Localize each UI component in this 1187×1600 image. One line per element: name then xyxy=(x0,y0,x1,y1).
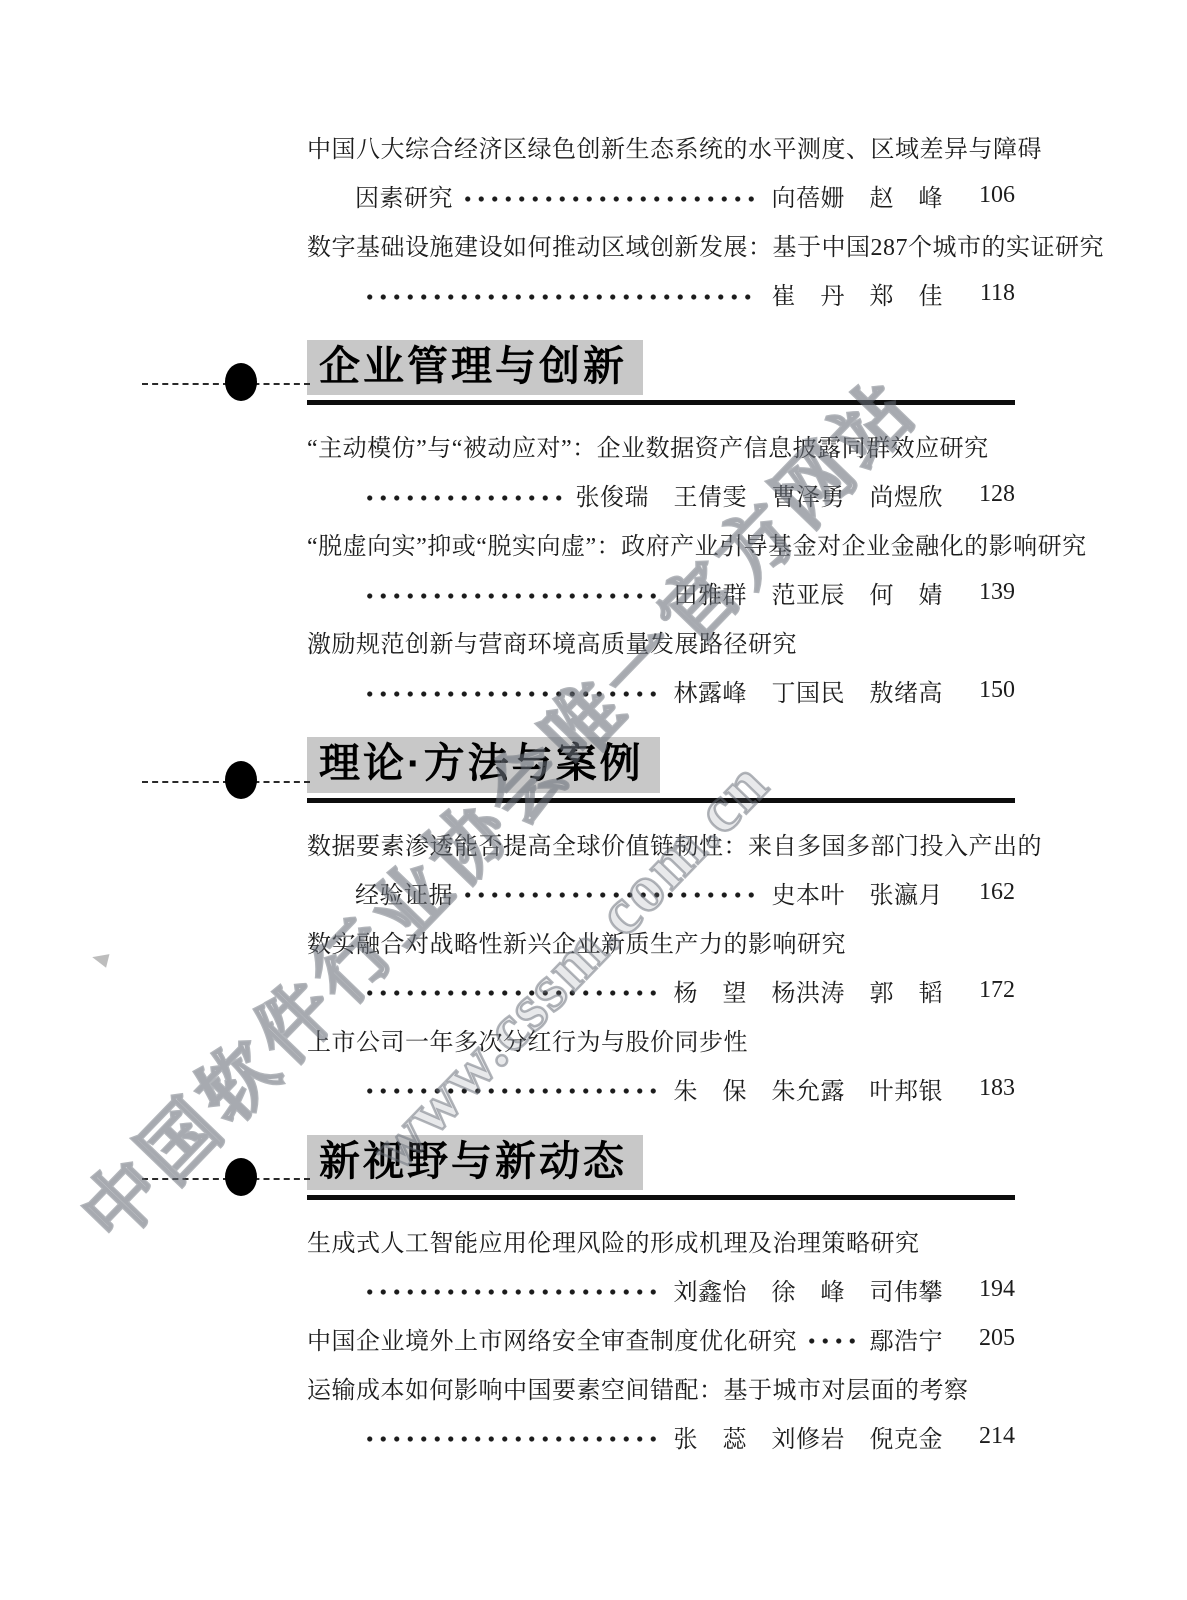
entry-title-continuation: 中国企业境外上市网络安全审查制度优化研究 xyxy=(307,1321,797,1356)
entry-title-row: 激励规范创新与营商环境高质量发展路径研究 xyxy=(307,617,1015,666)
entry-leader-row: 田雅群 范亚辰 何 婧 139 xyxy=(307,568,1015,617)
entry-title-row: 数实融合对战略性新兴企业新质生产力的影响研究 xyxy=(307,917,1015,966)
section-rule xyxy=(307,1195,1015,1200)
toc: 中国八大综合经济区绿色创新生态系统的水平测度、区域差异与障碍 因素研究 向蓓姗 … xyxy=(307,122,1015,1461)
entry-page-number: 214 xyxy=(963,1423,1015,1450)
entry-title-row: 数据要素渗透能否提高全球价值链韧性：来自多国多部门投入产出的 xyxy=(307,819,1015,868)
entry-authors: 张 蕊 刘修岩 倪克金 xyxy=(674,1419,944,1454)
entry-leader-row: 因素研究 向蓓姗 赵 峰 106 xyxy=(307,171,1015,220)
entry-title-continuation: 因素研究 xyxy=(355,178,453,213)
entry-authors: 史本叶 张瀛月 xyxy=(772,875,944,910)
entry-authors: 田雅群 范亚辰 何 婧 xyxy=(674,575,944,610)
leader-dots xyxy=(363,291,758,303)
entry-authors: 朱 保 朱允露 叶邦银 xyxy=(674,1071,944,1106)
entry-authors: 刘鑫怡 徐 峰 司伟攀 xyxy=(674,1272,944,1307)
entry-title: 生成式人工智能应用伦理风险的形成机理及治理策略研究 xyxy=(307,1223,920,1258)
entry-authors: 杨 望 杨洪涛 郭 韬 xyxy=(674,973,944,1008)
entry-title: 上市公司一年多次分红行为与股价同步性 xyxy=(307,1022,748,1057)
toc-page: 中国软件行业协会唯一官方网站 www.cssm.com.cn 中国八大综合经济区… xyxy=(0,0,1187,1600)
entry-authors: 崔 丹 郑 佳 xyxy=(772,276,944,311)
leader-dots xyxy=(805,1335,856,1347)
section-entries: 中国八大综合经济区绿色创新生态系统的水平测度、区域差异与障碍 因素研究 向蓓姗 … xyxy=(307,122,1015,318)
toc-entry: 数实融合对战略性新兴企业新质生产力的影响研究 杨 望 杨洪涛 郭 韬 172 xyxy=(307,917,1015,1015)
entry-title-continuation: 经验证据 xyxy=(355,875,453,910)
entry-authors: 向蓓姗 赵 峰 xyxy=(772,178,944,213)
entry-leader-row: 朱 保 朱允露 叶邦银 183 xyxy=(307,1064,1015,1113)
section-entries: 数据要素渗透能否提高全球价值链韧性：来自多国多部门投入产出的 经验证据 史本叶 … xyxy=(307,819,1015,1113)
entry-page-number: 205 xyxy=(963,1325,1015,1352)
entry-page-number: 194 xyxy=(963,1276,1015,1303)
toc-entry: 数字基础设施建设如何推动区域创新发展：基于中国287个城市的实证研究 崔 丹 郑… xyxy=(307,220,1015,318)
entry-title-row: 上市公司一年多次分红行为与股价同步性 xyxy=(307,1015,1015,1064)
entry-page-number: 172 xyxy=(963,977,1015,1004)
section-header: 理论·方法与案例 xyxy=(307,737,1015,802)
toc-section: 理论·方法与案例 数据要素渗透能否提高全球价值链韧性：来自多国多部门投入产出的 … xyxy=(307,737,1015,1112)
entry-page-number: 139 xyxy=(963,579,1015,606)
toc-entry: “主动模仿”与“被动应对”：企业数据资产信息披露同群效应研究 张俊瑞 王倩雯 曹… xyxy=(307,421,1015,519)
leader-dots xyxy=(363,1085,660,1097)
toc-entry: “脱虚向实”抑或“脱实向虚”：政府产业引导基金对企业金融化的影响研究 田雅群 范… xyxy=(307,519,1015,617)
section-header: 企业管理与创新 xyxy=(307,340,1015,405)
entry-page-number: 118 xyxy=(963,280,1015,307)
toc-entry: 生成式人工智能应用伦理风险的形成机理及治理策略研究 刘鑫怡 徐 峰 司伟攀 19… xyxy=(307,1216,1015,1314)
leader-dots xyxy=(363,1286,660,1298)
toc-entry: 中国企业境外上市网络安全审查制度优化研究 鄢浩宁 205 xyxy=(307,1314,1015,1363)
entry-leader-row: 杨 望 杨洪涛 郭 韬 172 xyxy=(307,966,1015,1015)
entry-title-row: 生成式人工智能应用伦理风险的形成机理及治理策略研究 xyxy=(307,1216,1015,1265)
leader-dots xyxy=(363,1433,660,1445)
leader-dots xyxy=(363,688,660,700)
entry-title-row: 中国八大综合经济区绿色创新生态系统的水平测度、区域差异与障碍 xyxy=(307,122,1015,171)
scan-artifact-speck xyxy=(91,950,110,967)
entry-title: 数据要素渗透能否提高全球价值链韧性：来自多国多部门投入产出的 xyxy=(307,826,1042,861)
entry-title-row: “主动模仿”与“被动应对”：企业数据资产信息披露同群效应研究 xyxy=(307,421,1015,470)
toc-entry: 数据要素渗透能否提高全球价值链韧性：来自多国多部门投入产出的 经验证据 史本叶 … xyxy=(307,819,1015,917)
entry-authors: 张俊瑞 王倩雯 曹泽勇 尚煜欣 xyxy=(576,477,944,512)
section-title: 企业管理与创新 xyxy=(307,340,643,395)
entry-page-number: 128 xyxy=(963,481,1015,508)
toc-entry: 中国八大综合经济区绿色创新生态系统的水平测度、区域差异与障碍 因素研究 向蓓姗 … xyxy=(307,122,1015,220)
section-bullet-dot-icon xyxy=(225,1158,257,1196)
entry-page-number: 150 xyxy=(963,677,1015,704)
entry-title-row: 运输成本如何影响中国要素空间错配：基于城市对层面的考察 xyxy=(307,1363,1015,1412)
section-entries: 生成式人工智能应用伦理风险的形成机理及治理策略研究 刘鑫怡 徐 峰 司伟攀 19… xyxy=(307,1216,1015,1461)
section-header: 新视野与新动态 xyxy=(307,1135,1015,1200)
section-bullet-dot-icon xyxy=(225,761,257,799)
section-bullet-dot-icon xyxy=(225,363,257,401)
toc-section: 新视野与新动态 生成式人工智能应用伦理风险的形成机理及治理策略研究 刘鑫怡 徐 … xyxy=(307,1135,1015,1461)
entry-title: “脱虚向实”抑或“脱实向虚”：政府产业引导基金对企业金融化的影响研究 xyxy=(307,526,1087,561)
entry-leader-row: 张 蕊 刘修岩 倪克金 214 xyxy=(307,1412,1015,1461)
leader-dots xyxy=(363,590,660,602)
entry-leader-row: 崔 丹 郑 佳 118 xyxy=(307,269,1015,318)
toc-section: 企业管理与创新 “主动模仿”与“被动应对”：企业数据资产信息披露同群效应研究 张… xyxy=(307,340,1015,715)
entry-page-number: 106 xyxy=(963,182,1015,209)
entry-page-number: 162 xyxy=(963,879,1015,906)
entry-authors: 林露峰 丁国民 敖绪高 xyxy=(674,673,944,708)
section-rule xyxy=(307,798,1015,803)
section-title: 理论·方法与案例 xyxy=(307,737,660,792)
entry-leader-row: 林露峰 丁国民 敖绪高 150 xyxy=(307,666,1015,715)
leader-dots xyxy=(461,889,758,901)
entry-leader-row: 张俊瑞 王倩雯 曹泽勇 尚煜欣 128 xyxy=(307,470,1015,519)
toc-entry: 激励规范创新与营商环境高质量发展路径研究 林露峰 丁国民 敖绪高 150 xyxy=(307,617,1015,715)
entry-leader-row: 刘鑫怡 徐 峰 司伟攀 194 xyxy=(307,1265,1015,1314)
entry-title: “主动模仿”与“被动应对”：企业数据资产信息披露同群效应研究 xyxy=(307,428,989,463)
entry-title: 激励规范创新与营商环境高质量发展路径研究 xyxy=(307,624,797,659)
toc-section: 中国八大综合经济区绿色创新生态系统的水平测度、区域差异与障碍 因素研究 向蓓姗 … xyxy=(307,122,1015,318)
entry-authors: 鄢浩宁 xyxy=(870,1321,944,1356)
entry-title: 数字基础设施建设如何推动区域创新发展：基于中国287个城市的实证研究 xyxy=(307,227,1104,262)
entry-title: 数实融合对战略性新兴企业新质生产力的影响研究 xyxy=(307,924,846,959)
entry-title-row: 数字基础设施建设如何推动区域创新发展：基于中国287个城市的实证研究 xyxy=(307,220,1015,269)
entry-page-number: 183 xyxy=(963,1075,1015,1102)
leader-dots xyxy=(461,193,758,205)
section-rule xyxy=(307,400,1015,405)
entry-leader-row: 经验证据 史本叶 张瀛月 162 xyxy=(307,868,1015,917)
entry-title-row: “脱虚向实”抑或“脱实向虚”：政府产业引导基金对企业金融化的影响研究 xyxy=(307,519,1015,568)
entry-title: 中国八大综合经济区绿色创新生态系统的水平测度、区域差异与障碍 xyxy=(307,129,1042,164)
leader-dots xyxy=(363,492,562,504)
entry-leader-row: 中国企业境外上市网络安全审查制度优化研究 鄢浩宁 205 xyxy=(307,1314,1015,1363)
section-entries: “主动模仿”与“被动应对”：企业数据资产信息披露同群效应研究 张俊瑞 王倩雯 曹… xyxy=(307,421,1015,715)
entry-title: 运输成本如何影响中国要素空间错配：基于城市对层面的考察 xyxy=(307,1370,969,1405)
toc-entry: 上市公司一年多次分红行为与股价同步性 朱 保 朱允露 叶邦银 183 xyxy=(307,1015,1015,1113)
section-title: 新视野与新动态 xyxy=(307,1135,643,1190)
leader-dots xyxy=(363,987,660,999)
toc-entry: 运输成本如何影响中国要素空间错配：基于城市对层面的考察 张 蕊 刘修岩 倪克金 … xyxy=(307,1363,1015,1461)
